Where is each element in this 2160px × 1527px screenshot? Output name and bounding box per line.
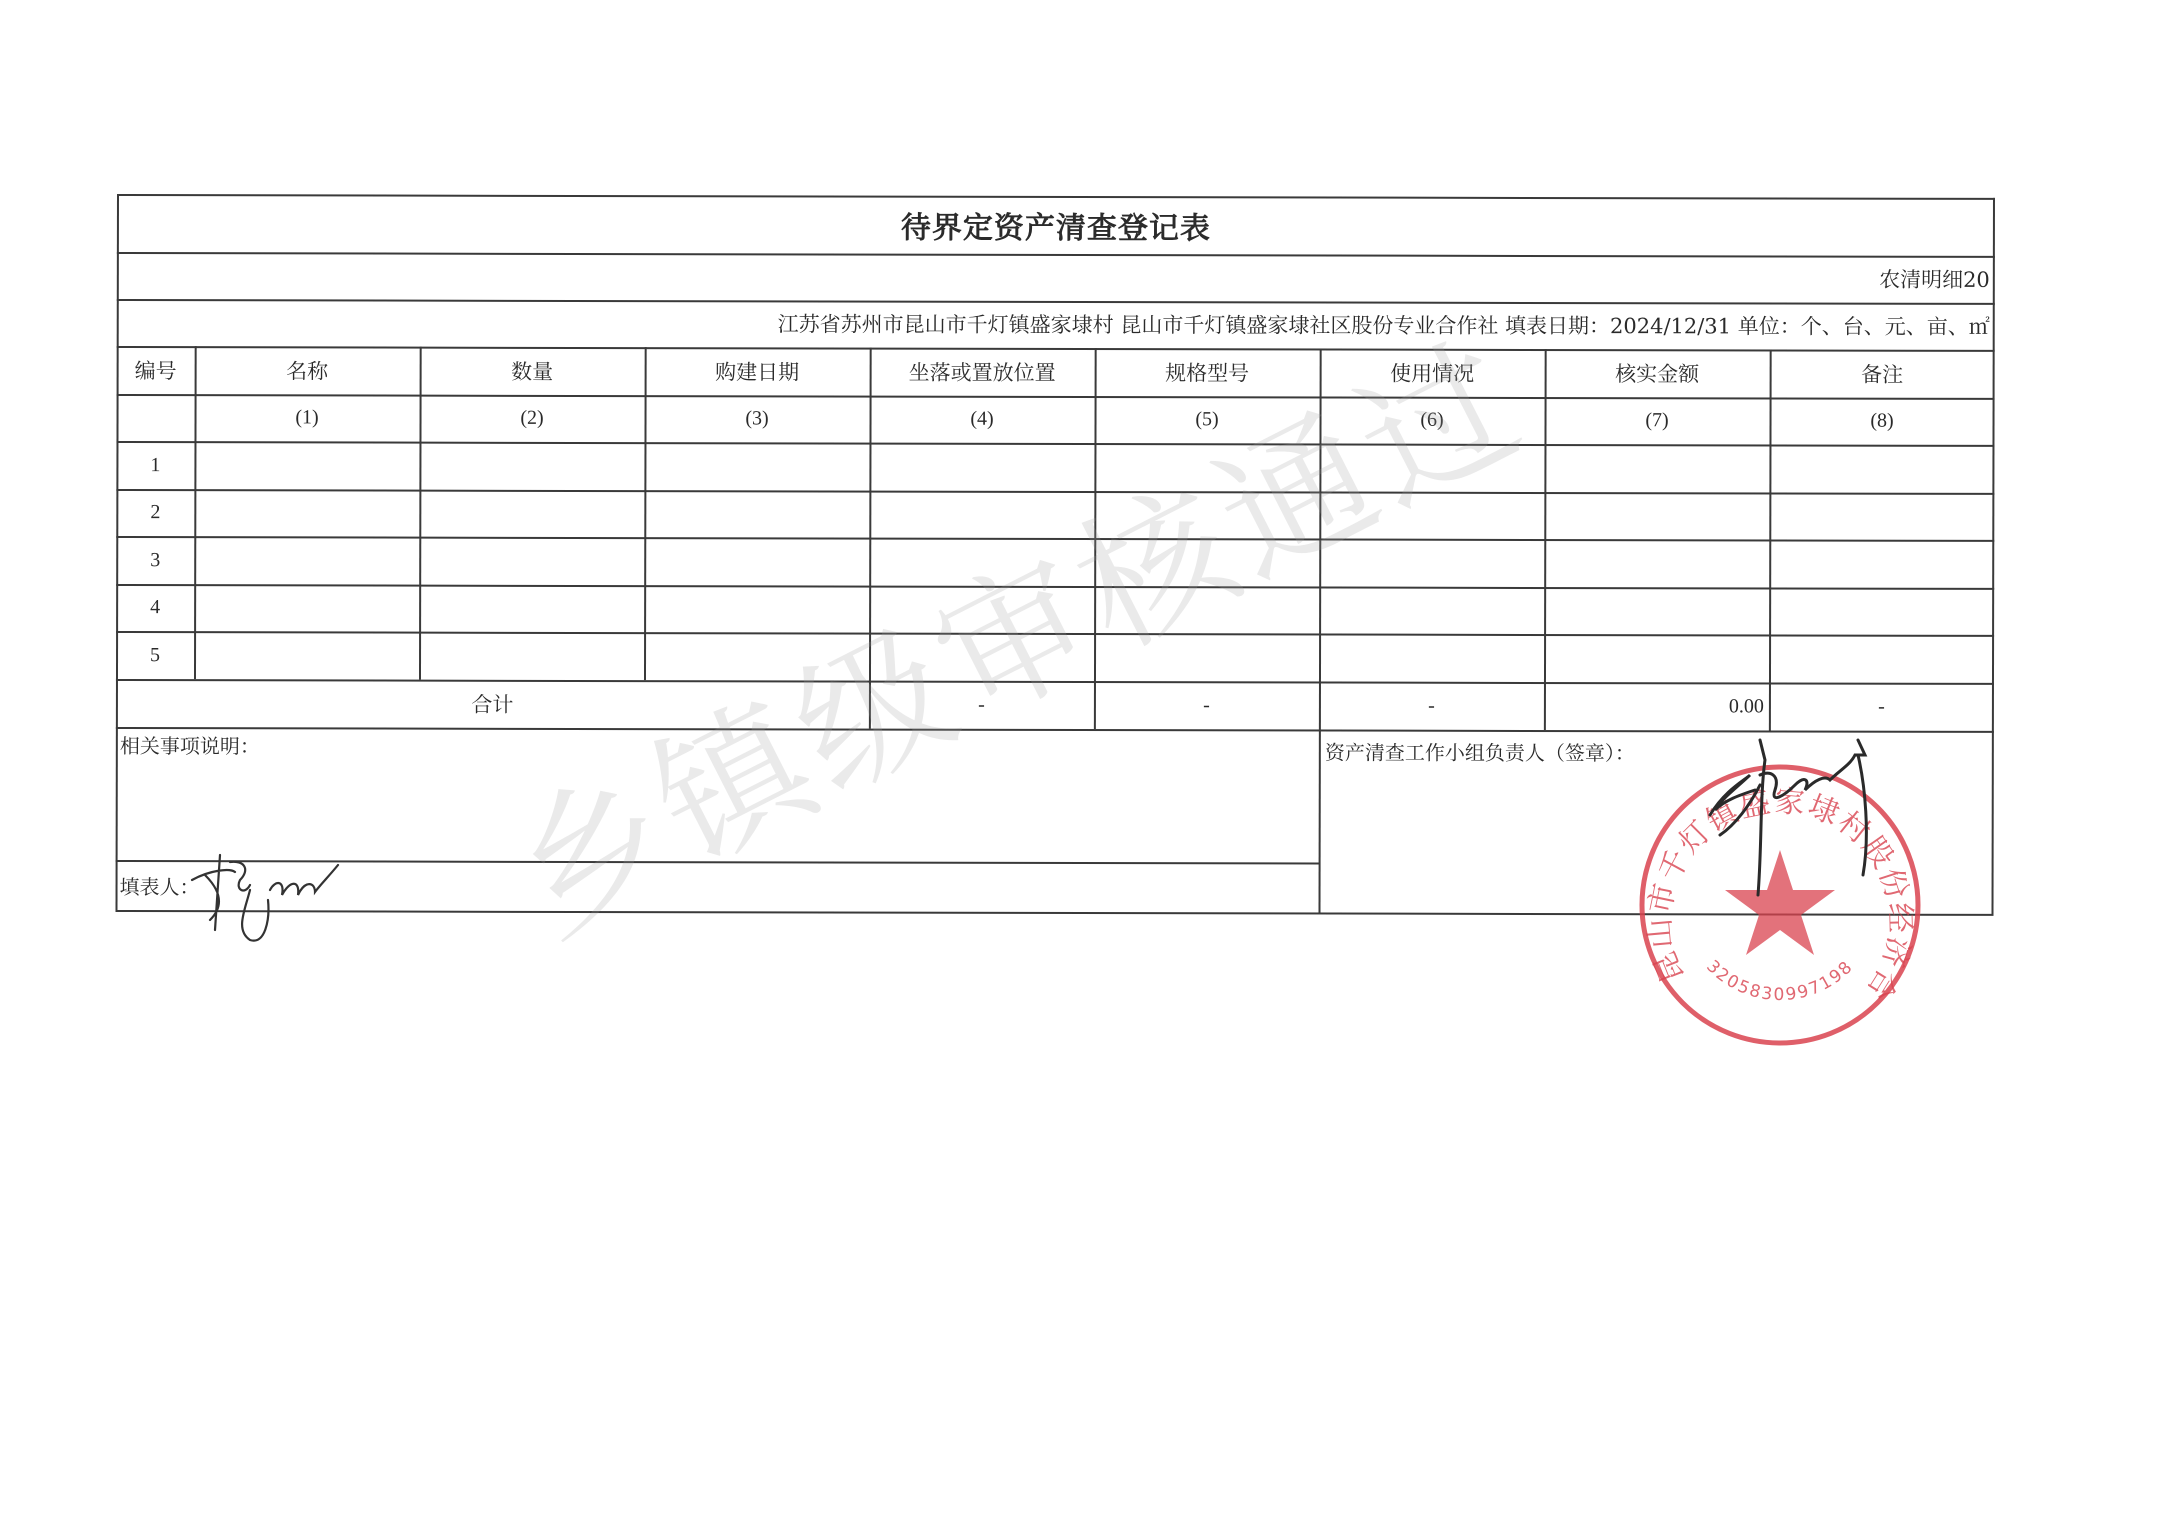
header-name: 名称 (195, 346, 420, 394)
header-usage: 使用情况 (1320, 349, 1545, 397)
leader-signature (1680, 735, 1940, 955)
rule-row3 (116, 584, 1994, 590)
subheader-6: (6) (1319, 397, 1544, 444)
svg-text:3205830997198: 3205830997198 (1702, 956, 1858, 1005)
total-label: 合计 (116, 679, 869, 729)
header-spec: 规格型号 (1095, 348, 1320, 396)
form-title: 待界定资产清查登记表 (117, 194, 1995, 256)
header-amount: 核实金额 (1545, 349, 1770, 397)
subheader-3: (3) (644, 395, 869, 442)
header-quantity: 数量 (420, 347, 645, 395)
subheader-4: (4) (869, 396, 1094, 443)
subheader-5: (5) (1094, 396, 1319, 443)
rule-row1 (116, 489, 1994, 495)
filler-label: 填表人： (120, 877, 200, 897)
border-right (1991, 198, 1995, 915)
header-purchase-date: 购建日期 (645, 347, 870, 395)
rule-code (117, 299, 1995, 305)
row-number: 3 (116, 536, 194, 584)
total-spec: - (1094, 681, 1319, 729)
filler-signature (190, 850, 390, 950)
total-usage: - (1319, 682, 1544, 730)
row-number: 2 (116, 489, 194, 536)
header-location: 坐落或置放位置 (870, 348, 1095, 396)
leader-label: 资产清查工作小组负责人（签章）： (1325, 743, 1635, 764)
row-number: 1 (116, 441, 194, 489)
total-amount: 0.00 (1544, 682, 1764, 730)
row-number: 4 (116, 584, 194, 631)
rule-row2 (116, 536, 1994, 542)
rule-row4 (116, 631, 1994, 637)
header-no: 编号 (117, 346, 195, 394)
total-location: - (869, 681, 1094, 729)
form-code: 农清明细20 (1879, 270, 1990, 291)
notes-label: 相关事项说明： (120, 736, 260, 756)
stamp-number: 3205830997198 (1702, 956, 1858, 1005)
subheader-7: (7) (1544, 397, 1769, 444)
subheader-8: (8) (1769, 397, 1994, 444)
subheader-1: (1) (194, 394, 419, 441)
info-line: 江苏省苏州市昆山市千灯镇盛家埭村 昆山市千灯镇盛家埭社区股份专业合作社 填表日期… (778, 314, 1990, 338)
subheader-2: (2) (419, 395, 644, 442)
row-number: 5 (116, 631, 194, 679)
header-note: 备注 (1770, 349, 1995, 397)
total-note: - (1769, 682, 1994, 730)
